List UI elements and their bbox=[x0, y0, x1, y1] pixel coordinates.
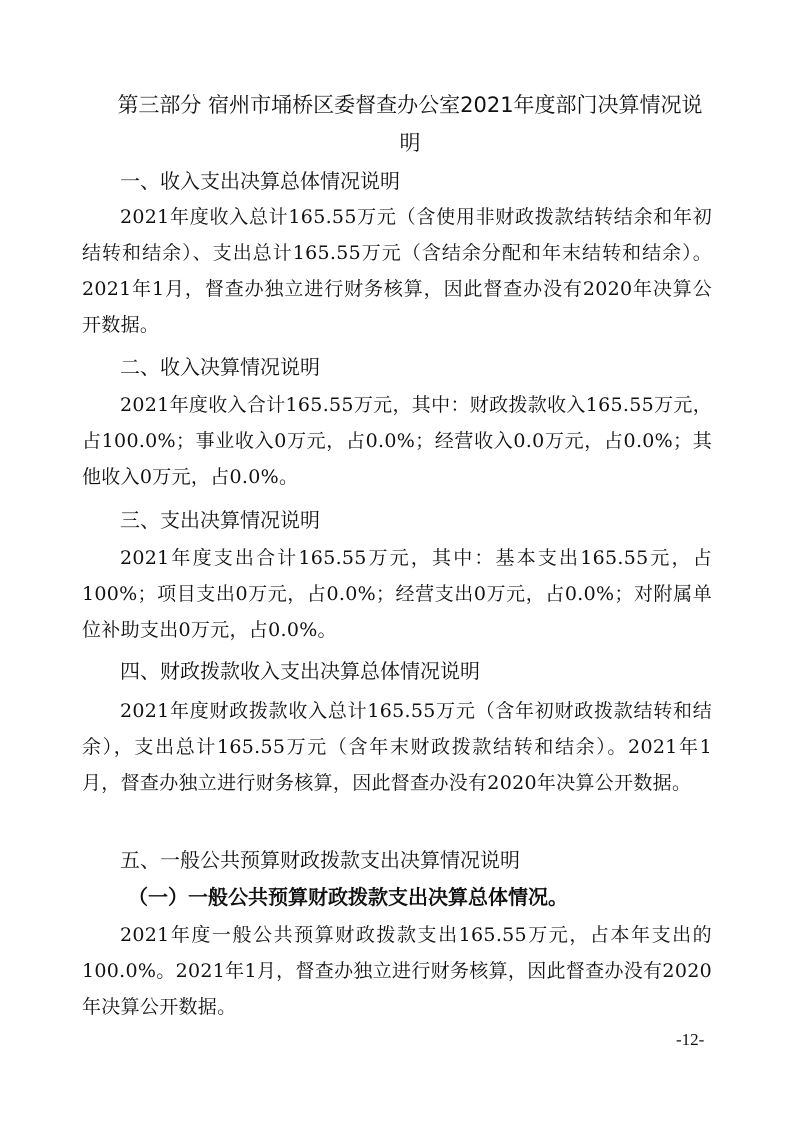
section-paragraph-4: 2021年度财政拨款收入总计165.55万元（含年初财政拨款结转和结余），支出总… bbox=[82, 693, 712, 801]
document-title-line2: 明 bbox=[110, 124, 710, 162]
section-paragraph-5: 2021年度一般公共预算财政拨款支出165.55万元，占本年支出的100.0%。… bbox=[82, 917, 712, 1025]
section-paragraph-3: 2021年度支出合计165.55万元，其中：基本支出165.55元，占100%；… bbox=[82, 540, 712, 648]
section-heading-4: 四、财政拨款收入支出决算总体情况说明 bbox=[120, 656, 480, 686]
section-paragraph-2: 2021年度收入合计165.55万元，其中：财政拨款收入165.55万元，占10… bbox=[82, 387, 712, 495]
section-subheading-5-1: （一）一般公共预算财政拨款支出决算总体情况。 bbox=[128, 882, 568, 912]
document-title-line1: 第三部分 宿州市埇桥区委督查办公室2021年度部门决算情况说 bbox=[110, 86, 710, 124]
document-page: 第三部分 宿州市埇桥区委督查办公室2021年度部门决算情况说 明 一、收入支出决… bbox=[0, 0, 793, 1122]
section-heading-3: 三、支出决算情况说明 bbox=[120, 505, 320, 535]
section-heading-5: 五、一般公共预算财政拨款支出决算情况说明 bbox=[120, 845, 520, 875]
section-heading-2: 二、收入决算情况说明 bbox=[120, 352, 320, 382]
page-number: -12- bbox=[676, 1030, 704, 1050]
section-paragraph-1: 2021年度收入总计165.55万元（含使用非财政拨款结转结余和年初结转和结余）… bbox=[82, 199, 712, 343]
section-heading-1: 一、收入支出决算总体情况说明 bbox=[120, 166, 400, 196]
